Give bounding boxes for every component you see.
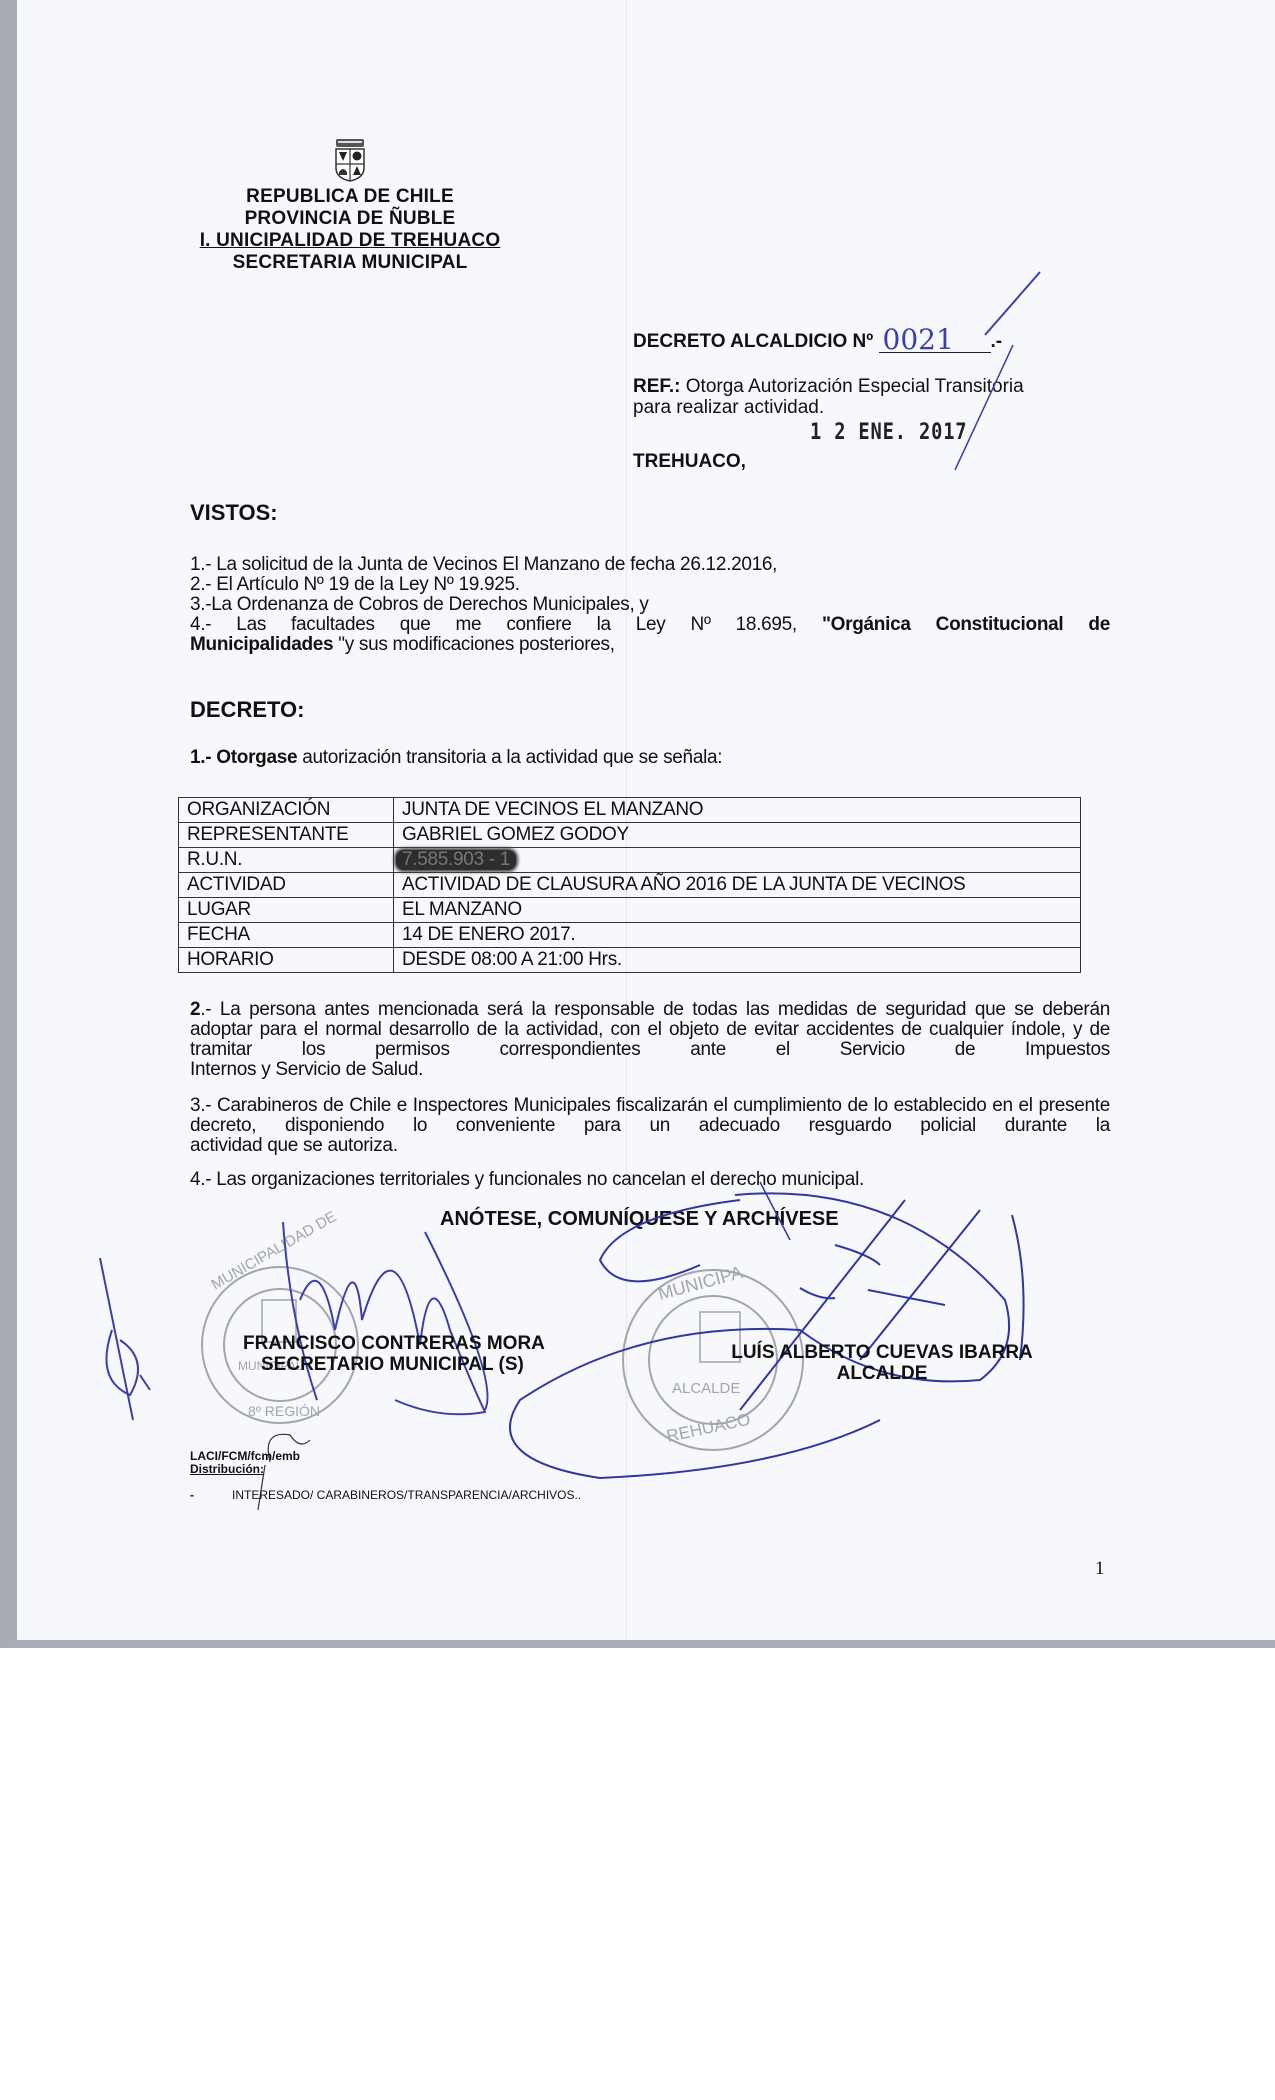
vistos-item: 1.- La solicitud de la Junta de Vecinos … — [190, 555, 1110, 575]
table-row: HORARIODESDE 08:00 A 21:00 Hrs. — [179, 948, 1081, 973]
date-stamp: 1 2 ENE. 2017 — [810, 420, 967, 445]
mayor-title: ALCALDE — [712, 1363, 1052, 1384]
vistos-list: 1.- La solicitud de la Junta de Vecinos … — [190, 555, 1110, 655]
table-row: R.U.N.7.585.903 - 1 — [179, 848, 1081, 873]
decree-number-line: DECRETO ALCALDICIO Nº 0021.- — [633, 328, 1002, 353]
place-label: TREHUACO, — [633, 451, 746, 473]
vistos-item: 2.- El Artículo Nº 19 de la Ley Nº 19.92… — [190, 575, 1110, 595]
closing-formula: ANÓTESE, COMUNÍQUESE Y ARCHÍVESE — [440, 1208, 839, 1231]
ref-text-2: para realizar actividad. — [633, 397, 1024, 418]
decree-number-handwritten: 0021 — [879, 328, 991, 353]
decreto-heading: DECRETO: — [190, 697, 305, 723]
redacted-run: 7.585.903 - 1 — [396, 850, 516, 870]
mayor-signature-block: LUÍS ALBERTO CUEVAS IBARRA ALCALDE — [712, 1342, 1052, 1384]
vistos-heading: VISTOS: — [190, 500, 278, 526]
letterhead-municipality: I. UNICIPALIDAD DE TREHUACO — [180, 230, 520, 252]
table-row: ACTIVIDADACTIVIDAD DE CLAUSURA AÑO 2016 … — [179, 873, 1081, 898]
table-row: REPRESENTANTEGABRIEL GOMEZ GODOY — [179, 823, 1081, 848]
table-row: LUGAREL MANZANO — [179, 898, 1081, 923]
ref-label: REF.: — [633, 376, 681, 397]
ref-text-1: Otorga Autorización Especial Transitoria — [681, 376, 1024, 397]
distribution-label: Distribución: — [190, 1463, 300, 1476]
vistos-item-4: 4.- Las facultades que me confiere la Le… — [190, 615, 1110, 635]
decreto-item-1: 1.- Otorgase autorización transitoria a … — [190, 748, 722, 768]
secretary-name: FRANCISCO CONTRERAS MORA — [243, 1333, 593, 1354]
letterhead-country: REPUBLICA DE CHILE — [180, 186, 520, 208]
decree-label: DECRETO ALCALDICIO Nº — [633, 331, 873, 352]
vistos-item: 3.-La Ordenanza de Cobros de Derechos Mu… — [190, 595, 1110, 615]
reference: REF.: Otorga Autorización Especial Trans… — [633, 376, 1024, 418]
letterhead-province: PROVINCIA DE ÑUBLE — [180, 208, 520, 230]
decree-suffix: .- — [991, 331, 1003, 352]
letterhead-department: SECRETARIA MUNICIPAL — [180, 252, 520, 274]
vistos-item-4-cont: Municipalidades "y sus modificaciones po… — [190, 635, 1110, 655]
decreto-item-4: 4.- Las organizaciones territoriales y f… — [190, 1170, 1110, 1190]
table-row: ORGANIZACIÓNJUNTA DE VECINOS EL MANZANO — [179, 798, 1081, 823]
table-row: FECHA14 DE ENERO 2017. — [179, 923, 1081, 948]
activity-details-table: ORGANIZACIÓNJUNTA DE VECINOS EL MANZANO … — [178, 797, 1081, 973]
coat-of-arms-icon — [332, 138, 368, 182]
decreto-item-2: 2.- La persona antes mencionada será la … — [190, 1000, 1110, 1080]
mayor-name: LUÍS ALBERTO CUEVAS IBARRA — [712, 1342, 1052, 1363]
page-number: 1 — [1095, 1558, 1105, 1580]
secretary-signature-block: FRANCISCO CONTRERAS MORA SECRETARIO MUNI… — [243, 1333, 593, 1375]
distribution-list: -INTERESADO/ CARABINEROS/TRANSPARENCIA/A… — [190, 1488, 581, 1502]
reference-initials: LACI/FCM/fcm/emb Distribución: — [190, 1450, 300, 1476]
decreto-item-3: 3.- Carabineros de Chile e Inspectores M… — [190, 1096, 1110, 1156]
secretary-title: SECRETARIO MUNICIPAL (S) — [243, 1354, 593, 1375]
letterhead: REPUBLICA DE CHILE PROVINCIA DE ÑUBLE I.… — [180, 138, 520, 274]
